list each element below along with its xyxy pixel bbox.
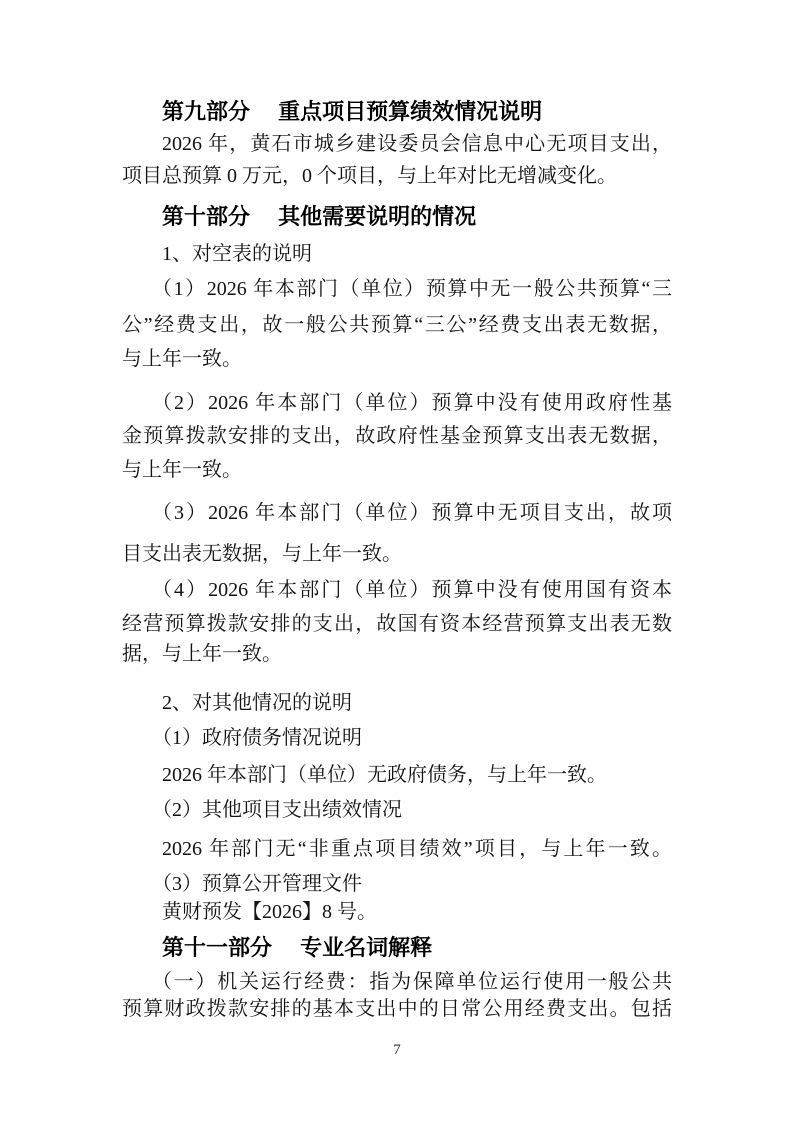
doc-line: （2）2026 年本部门（单位）预算中没有使用政府性基 — [122, 385, 672, 421]
doc-line: 预算财政拨款安排的基本支出中的日常公用经费支出。包括 — [122, 991, 672, 1027]
doc-line: 黄财预发【2026】8 号。 — [122, 894, 672, 930]
section-9-heading: 第九部分 重点项目预算绩效情况说明 — [122, 94, 672, 130]
doc-line: （3）2026 年本部门（单位）预算中无项目支出，故项 — [122, 495, 672, 531]
doc-line: （2）其他项目支出绩效情况 — [122, 792, 672, 828]
section-10-heading: 第十部分 其他需要说明的情况 — [122, 199, 672, 235]
doc-line: 据，与上年一致。 — [122, 636, 672, 672]
doc-line: 2026 年本部门（单位）无政府债务，与上年一致。 — [122, 757, 672, 793]
doc-line: 目支出表无数据，与上年一致。 — [122, 536, 672, 572]
doc-line: （1）政府债务情况说明 — [122, 720, 672, 756]
doc-line: 与上年一致。 — [122, 452, 672, 488]
doc-line: （4）2026 年本部门（单位）预算中没有使用国有资本 — [122, 572, 672, 608]
doc-line: 1、对空表的说明 — [122, 236, 672, 272]
doc-line: 2026 年部门无“非重点项目绩效”项目，与上年一致。 — [122, 831, 672, 867]
doc-line: 2、对其他情况的说明 — [122, 685, 672, 721]
doc-line: 公”经费支出，故一般公共预算“三公”经费支出表无数据， — [122, 307, 672, 343]
doc-line: 项目总预算 0 万元，0 个项目，与上年对比无增减变化。 — [122, 158, 672, 194]
section-11-heading: 第十一部分 专业名词解释 — [122, 930, 672, 966]
doc-line: 金预算拨款安排的支出，故政府性基金预算支出表无数据， — [122, 418, 672, 454]
doc-line: （1）2026 年本部门（单位）预算中无一般公共预算“三 — [122, 271, 672, 307]
page-number: 7 — [0, 1040, 794, 1060]
doc-line: 2026 年，黄石市城乡建设委员会信息中心无项目支出， — [122, 126, 672, 162]
document-page: 第九部分 重点项目预算绩效情况说明 2026 年，黄石市城乡建设委员会信息中心无… — [0, 0, 794, 1123]
doc-line: 与上年一致。 — [122, 341, 672, 377]
